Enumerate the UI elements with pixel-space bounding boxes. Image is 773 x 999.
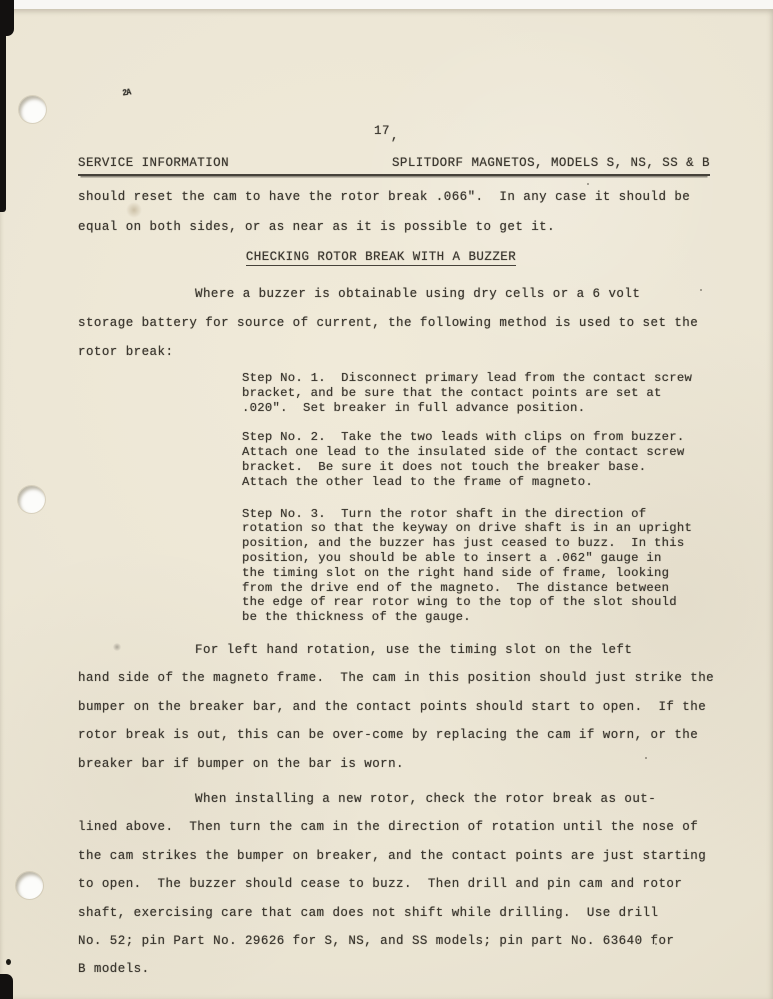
text-line: Step No. 1. Disconnect primary lead from…: [242, 371, 712, 386]
paragraph-intro: should reset the cam to have the rotor b…: [78, 182, 718, 242]
step-2: Step No. 2. Take the two leads with clip…: [242, 430, 712, 489]
text-line: bracket, and be sure that the contact po…: [242, 386, 712, 401]
text-line: to open. The buzzer should cease to buzz…: [78, 870, 718, 898]
paragraph-buzzer-method: Where a buzzer is obtainable using dry c…: [78, 280, 718, 367]
header-left-text: SERVICE INFORMATION: [78, 156, 229, 171]
page-number: 17,: [374, 124, 399, 138]
text-line: should reset the cam to have the rotor b…: [78, 182, 718, 212]
text-line: the timing slot on the right hand side o…: [242, 566, 712, 581]
punch-hole-middle: [18, 486, 45, 513]
punch-hole-top: [19, 96, 46, 123]
text-line: storage battery for source of current, t…: [78, 309, 718, 338]
text-line: Attach the other lead to the frame of ma…: [242, 475, 712, 490]
pencil-mark: 2A: [122, 87, 131, 98]
text-line: Step No. 2. Take the two leads with clip…: [242, 430, 712, 445]
text-line: .020". Set breaker in full advance posit…: [242, 401, 712, 416]
text-line: bumper on the breaker bar, and the conta…: [78, 693, 718, 721]
text-line: B models.: [78, 955, 718, 983]
scan-speck-bottom-left: [6, 959, 11, 965]
text-line: Where a buzzer is obtainable using dry c…: [78, 280, 718, 309]
steps-list: Step No. 1. Disconnect primary lead from…: [242, 371, 712, 625]
text-line: rotor break:: [78, 338, 718, 367]
paragraph-new-rotor: When installing a new rotor, check the r…: [78, 785, 718, 984]
text-line: For left hand rotation, use the timing s…: [78, 636, 718, 664]
text-line: When installing a new rotor, check the r…: [78, 785, 718, 813]
text-line: bracket. Be sure it does not touch the b…: [242, 460, 712, 475]
text-line: shaft, exercising care that cam does not…: [78, 899, 718, 927]
text-line: the cam strikes the bumper on breaker, a…: [78, 842, 718, 870]
text-line: No. 52; pin Part No. 29626 for S, NS, an…: [78, 927, 718, 955]
stray-comma-mark: ,: [391, 129, 399, 143]
step-3: Step No. 3. Turn the rotor shaft in the …: [242, 507, 712, 625]
header-right-text: SPLITDORF MAGNETOS, MODELS S, NS, SS & B: [392, 156, 710, 171]
paragraph-left-rotation: For left hand rotation, use the timing s…: [78, 636, 718, 778]
text-line: lined above. Then turn the cam in the di…: [78, 813, 718, 841]
text-line: be the thickness of the gauge.: [242, 610, 712, 625]
running-header: SERVICE INFORMATION SPLITDORF MAGNETOS, …: [78, 156, 710, 176]
section-heading: CHECKING ROTOR BREAK WITH A BUZZER: [246, 250, 516, 266]
text-line: Attach one lead to the insulated side of…: [242, 445, 712, 460]
text-line: hand side of the magneto frame. The cam …: [78, 664, 718, 692]
section-heading-row: CHECKING ROTOR BREAK WITH A BUZZER: [78, 247, 710, 266]
scanned-page: 2A 17, SERVICE INFORMATION SPLITDORF MAG…: [0, 0, 773, 999]
punch-hole-bottom: [16, 872, 43, 899]
text-line: position, you should be able to insert a…: [242, 551, 712, 566]
text-line: breaker bar if bumper on the bar is worn…: [78, 750, 718, 778]
text-line: the edge of rear rotor wing to the top o…: [242, 595, 712, 610]
step-1: Step No. 1. Disconnect primary lead from…: [242, 371, 712, 415]
text-line: rotation so that the keyway on drive sha…: [242, 521, 712, 536]
text-line: Step No. 3. Turn the rotor shaft in the …: [242, 507, 712, 522]
scan-edge-top-left: [0, 0, 14, 36]
text-line: equal on both sides, or as near as it is…: [78, 212, 718, 242]
text-line: position, and the buzzer has just ceased…: [242, 536, 712, 551]
page-number-text: 17: [374, 124, 390, 138]
scan-edge-bottom-left: [0, 974, 13, 999]
text-line: from the drive end of the magneto. The d…: [242, 581, 712, 596]
text-line: rotor break is out, this can be over-com…: [78, 721, 718, 749]
